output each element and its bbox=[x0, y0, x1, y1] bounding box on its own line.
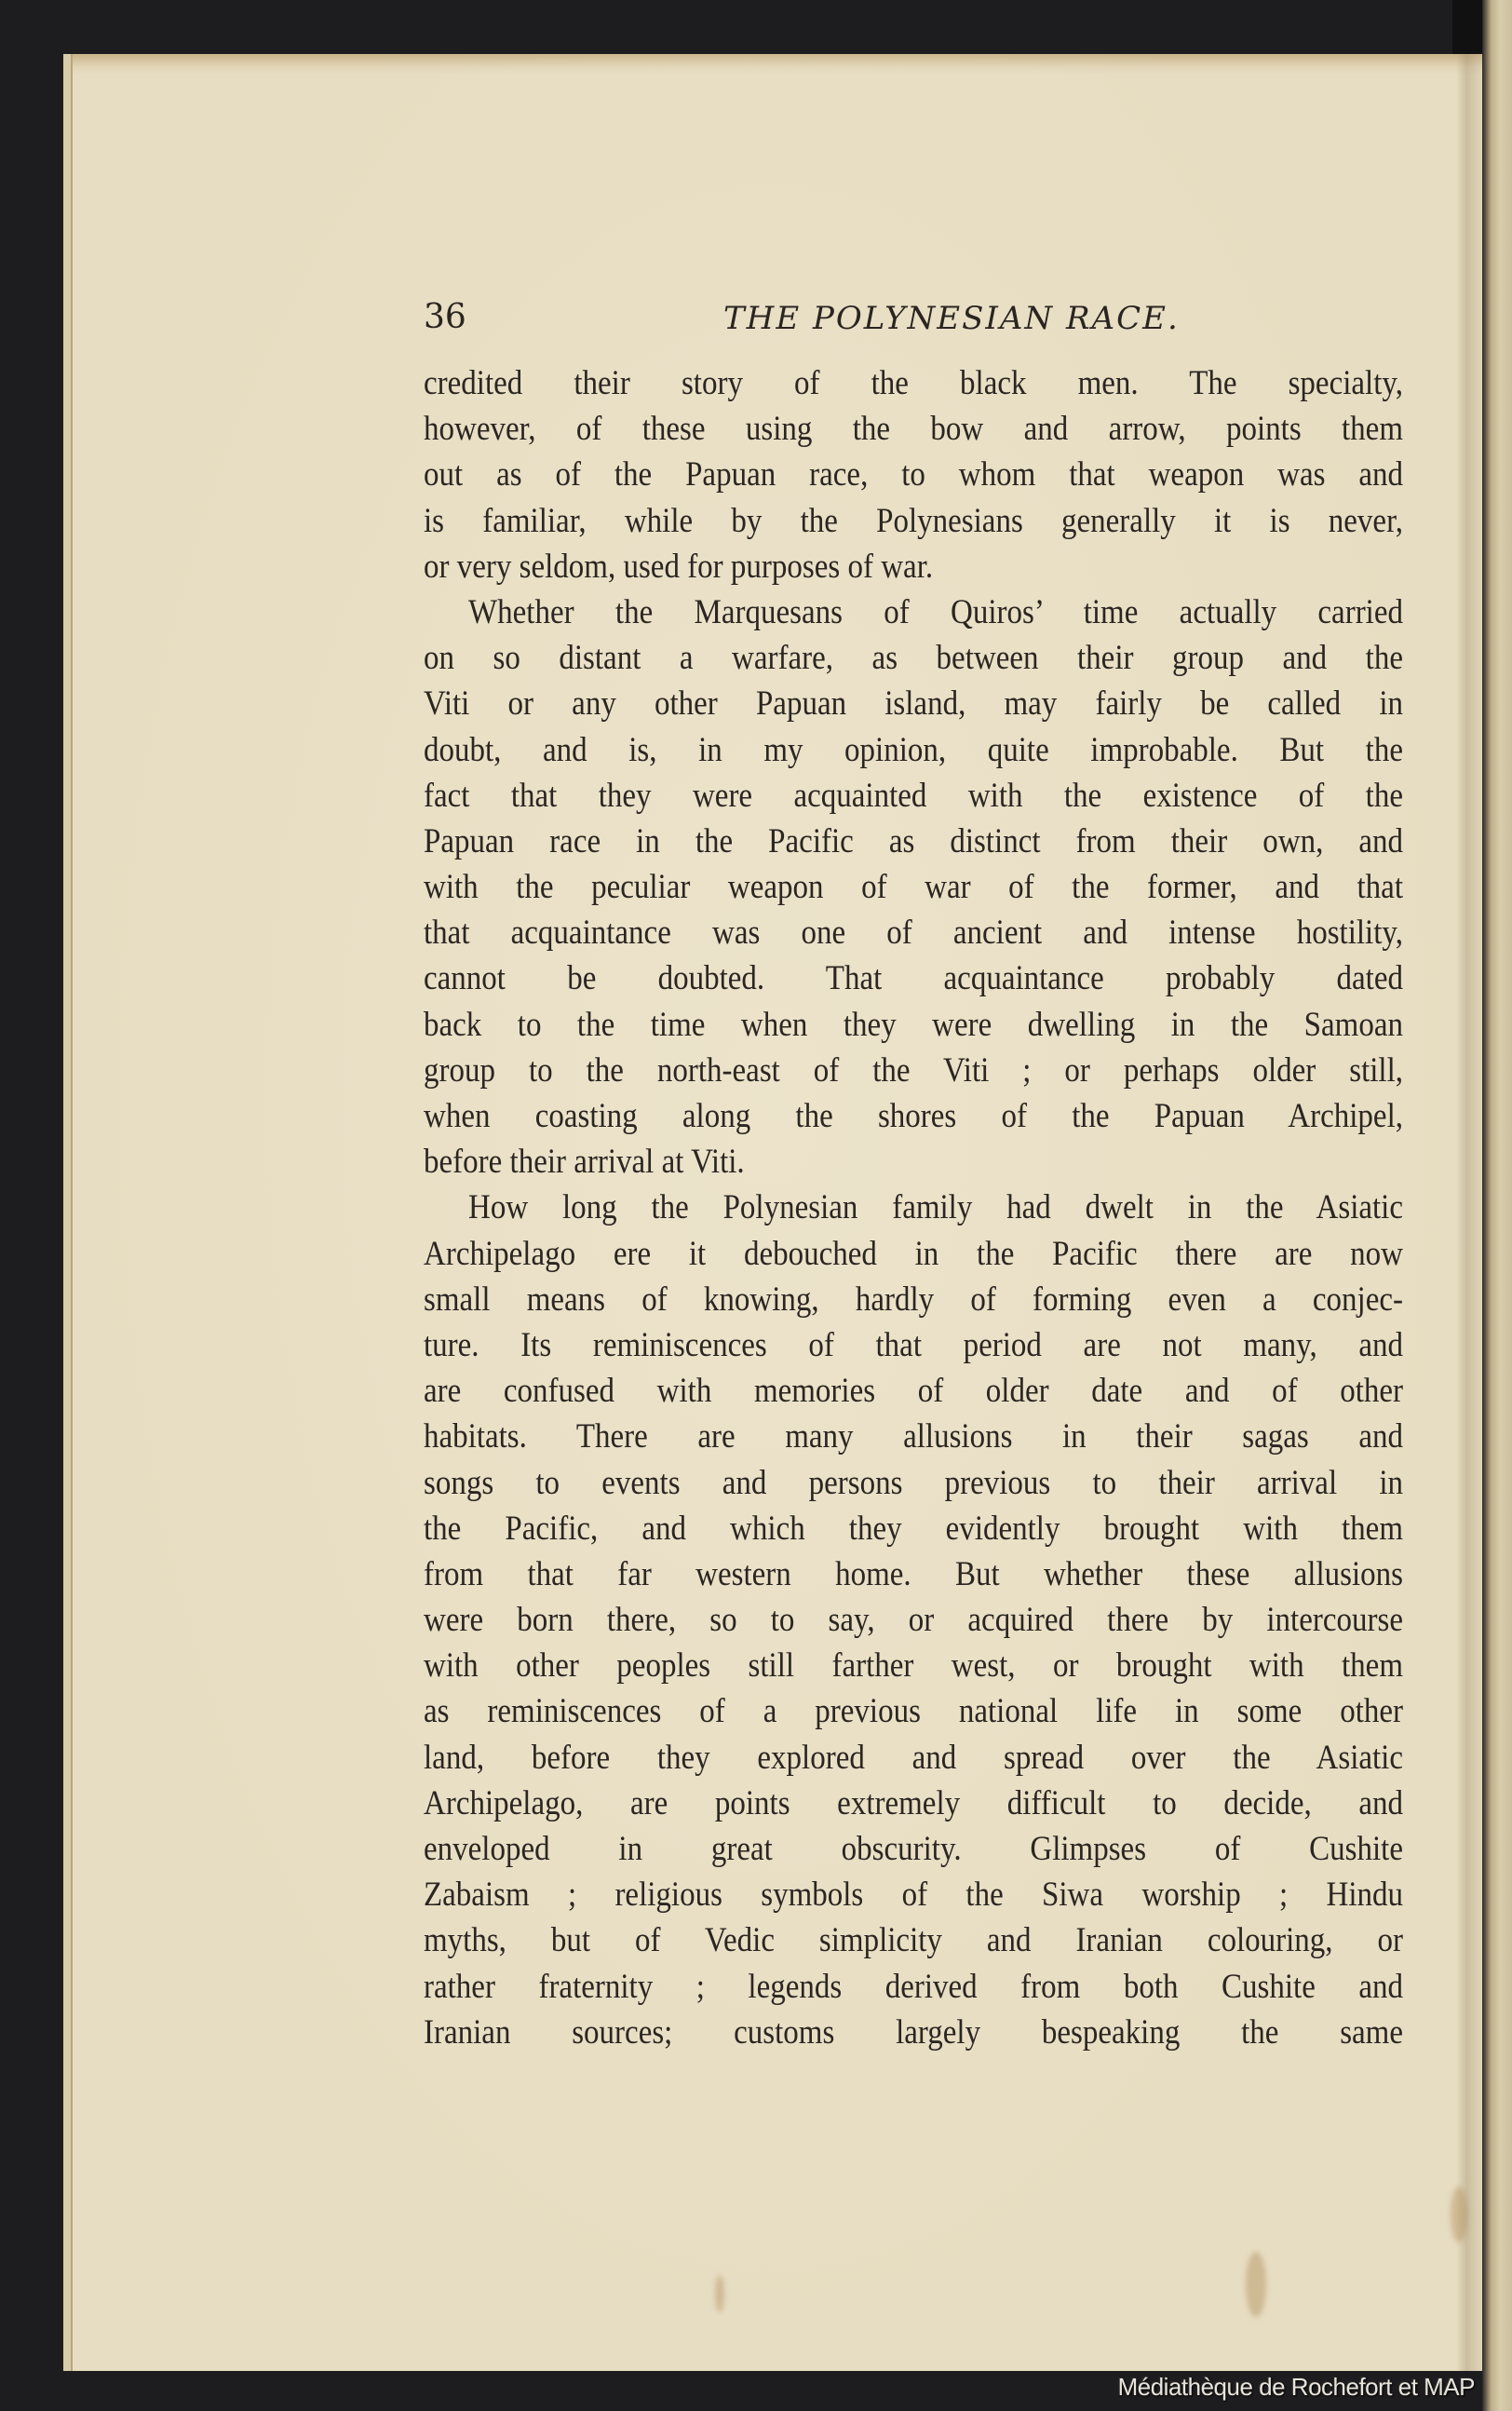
text-line: habitats. There are many allusions in th… bbox=[424, 1412, 1403, 1463]
text-line: out as of the Papuan race, to whom that … bbox=[424, 450, 1403, 501]
library-watermark: Médiathèque de Rochefort et MAP bbox=[1118, 2373, 1475, 2402]
text-line: enveloped in great obscurity. Glimpses o… bbox=[424, 1824, 1403, 1876]
text-line: were born there, so to say, or acquired … bbox=[424, 1595, 1403, 1646]
text-line: when coasting along the shores of the Pa… bbox=[424, 1091, 1403, 1143]
running-title: THE POLYNESIAN RACE. bbox=[723, 300, 1180, 337]
text-line: myths, but of Vedic simplicity and Irani… bbox=[424, 1916, 1403, 1967]
page-gutter-shadow bbox=[1456, 54, 1482, 2371]
text-line: ture. Its reminiscences of that period a… bbox=[424, 1321, 1403, 1372]
text-line: as reminiscences of a previous national … bbox=[424, 1686, 1403, 1738]
text-line: fact that they were acquainted with the … bbox=[424, 771, 1403, 822]
text-line: Papuan race in the Pacific as distinct f… bbox=[424, 817, 1403, 868]
text-line: the Pacific, and which they evidently br… bbox=[424, 1504, 1403, 1555]
next-page-edge bbox=[1482, 0, 1512, 2411]
paper-stain bbox=[715, 2275, 724, 2312]
text-line: Archipelago, are points extremely diffic… bbox=[424, 1779, 1403, 1830]
text-line: group to the north-east of the Viti ; or… bbox=[424, 1046, 1403, 1097]
text-line: before their arrival at Viti. bbox=[424, 1137, 1403, 1188]
text-line: Iranian sources; customs largely bespeak… bbox=[424, 2008, 1403, 2059]
text-line: doubt, and is, in my opinion, quite impr… bbox=[424, 725, 1403, 777]
text-line: cannot be doubted. That acquaintance pro… bbox=[424, 954, 1403, 1005]
body-text: credited their story of the black men. T… bbox=[424, 361, 1403, 2056]
text-line: credited their story of the black men. T… bbox=[424, 359, 1403, 410]
text-line: with the peculiar weapon of war of the f… bbox=[424, 862, 1403, 914]
paper-stain bbox=[1246, 2252, 1266, 2317]
text-line: Archipelago ere it debouched in the Paci… bbox=[424, 1229, 1403, 1280]
text-line: Whether the Marquesans of Quiros’ time a… bbox=[424, 588, 1403, 639]
text-line: rather fraternity ; legends derived from… bbox=[424, 1962, 1403, 2013]
text-line: is familiar, while by the Polynesians ge… bbox=[424, 496, 1403, 548]
text-line: are confused with memories of older date… bbox=[424, 1366, 1403, 1417]
text-line: however, of these using the bow and arro… bbox=[424, 404, 1403, 455]
page-header: 36 THE POLYNESIAN RACE. bbox=[424, 298, 1411, 345]
text-line: land, before they explored and spread ov… bbox=[424, 1733, 1403, 1784]
text-line: songs to events and persons previous to … bbox=[424, 1458, 1403, 1510]
text-line: or very seldom, used for purposes of war… bbox=[424, 542, 1403, 593]
text-line: Viti or any other Papuan island, may fai… bbox=[424, 679, 1403, 730]
text-line: How long the Polynesian family had dwelt… bbox=[424, 1183, 1403, 1234]
text-line: with other peoples still farther west, o… bbox=[424, 1641, 1403, 1692]
text-line: that acquaintance was one of ancient and… bbox=[424, 908, 1403, 959]
text-line: from that far western home. But whether … bbox=[424, 1550, 1403, 1601]
page-number: 36 bbox=[424, 298, 466, 336]
book-page: 36 THE POLYNESIAN RACE. credited their s… bbox=[63, 54, 1482, 2371]
paper-stain bbox=[1451, 2187, 1467, 2242]
text-line: on so distant a warfare, as between thei… bbox=[424, 633, 1403, 684]
text-line: small means of knowing, hardly of formin… bbox=[424, 1275, 1403, 1326]
text-line: Zabaism ; religious symbols of the Siwa … bbox=[424, 1870, 1403, 1921]
text-line: back to the time when they were dwelling… bbox=[424, 1000, 1403, 1051]
